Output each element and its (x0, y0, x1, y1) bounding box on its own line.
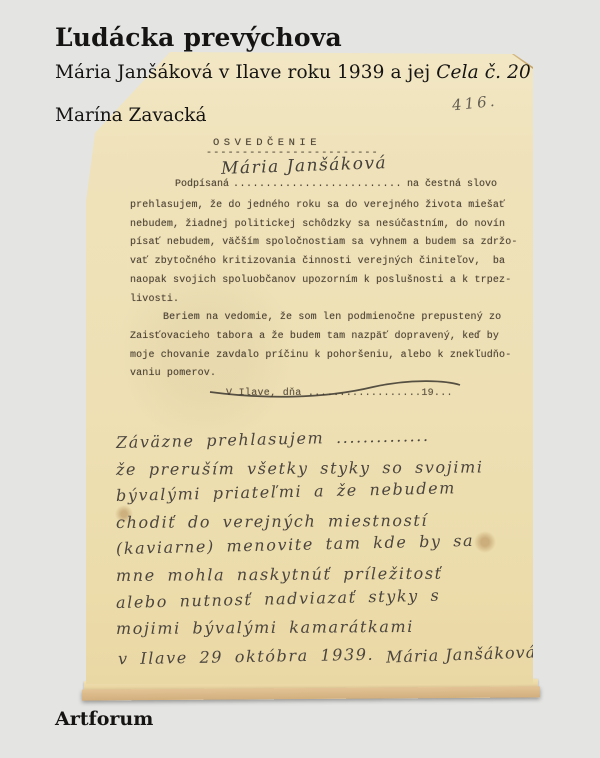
typed-suffix: na čestná slovo (407, 179, 497, 190)
typed-line: Zaisťovacieho tabora a že budem tam nazp… (130, 328, 525, 347)
typed-line-podpisana: Podpísaná..........................na če… (175, 179, 497, 190)
typed-line: prehlasujem, že do jedného roku sa do ve… (130, 197, 525, 216)
cover-header: Ľudácka prevýchova Mária Janšáková v Ila… (55, 24, 531, 126)
cover-subtitle: Mária Janšáková v Ilave roku 1939 a jej … (55, 62, 531, 83)
typed-line: naopak svojich spoluobčanov upozorním k … (130, 272, 525, 291)
cover-subtitle-regular: Mária Janšáková v Ilave roku 1939 a jej (55, 62, 436, 83)
typed-line: vať zbytočného kritizovania činnosti ver… (130, 253, 525, 272)
publisher-logo: Artforum (55, 708, 153, 730)
osvedcenie-paper: 416. OSVEDČENIE ------------------------… (86, 52, 533, 684)
handwritten-date: v Ilave 29 októbra 1939. (118, 645, 375, 668)
typed-prefix: Podpísaná (175, 179, 229, 190)
handwritten-statement: Záväzne prehlasujem .............. že pr… (116, 430, 536, 643)
cover-author: Marína Zavacká (55, 105, 531, 126)
typed-line: Beriem na vedomie, že som len podmienočn… (130, 309, 525, 328)
handwritten-line: mojimi bývalými kamarátkami (116, 613, 536, 643)
typed-paragraphs: prehlasujem, že do jedného roku sa do ve… (130, 197, 525, 384)
handwritten-signature: Mária Janšáková (386, 642, 537, 666)
dotted-blank: .......................... (233, 179, 402, 190)
paper-bottom-fold-edge (82, 686, 540, 700)
cover-title: Ľudácka prevýchova (55, 24, 531, 53)
handwritten-line: Záväzne prehlasujem .............. (116, 420, 536, 456)
typed-line: písať nebudem, väčším spoločnostiam sa v… (130, 234, 525, 253)
cover-subtitle-italic: Cela č. 20 (436, 62, 531, 83)
typed-line: livosti. (130, 291, 525, 310)
strikethrough-mark (208, 379, 464, 403)
typed-line: moje chovanie zavdalo príčinu k pohoršen… (130, 347, 525, 366)
typed-line: nebudem, žiadnej politickej schôdzky sa … (130, 216, 525, 235)
